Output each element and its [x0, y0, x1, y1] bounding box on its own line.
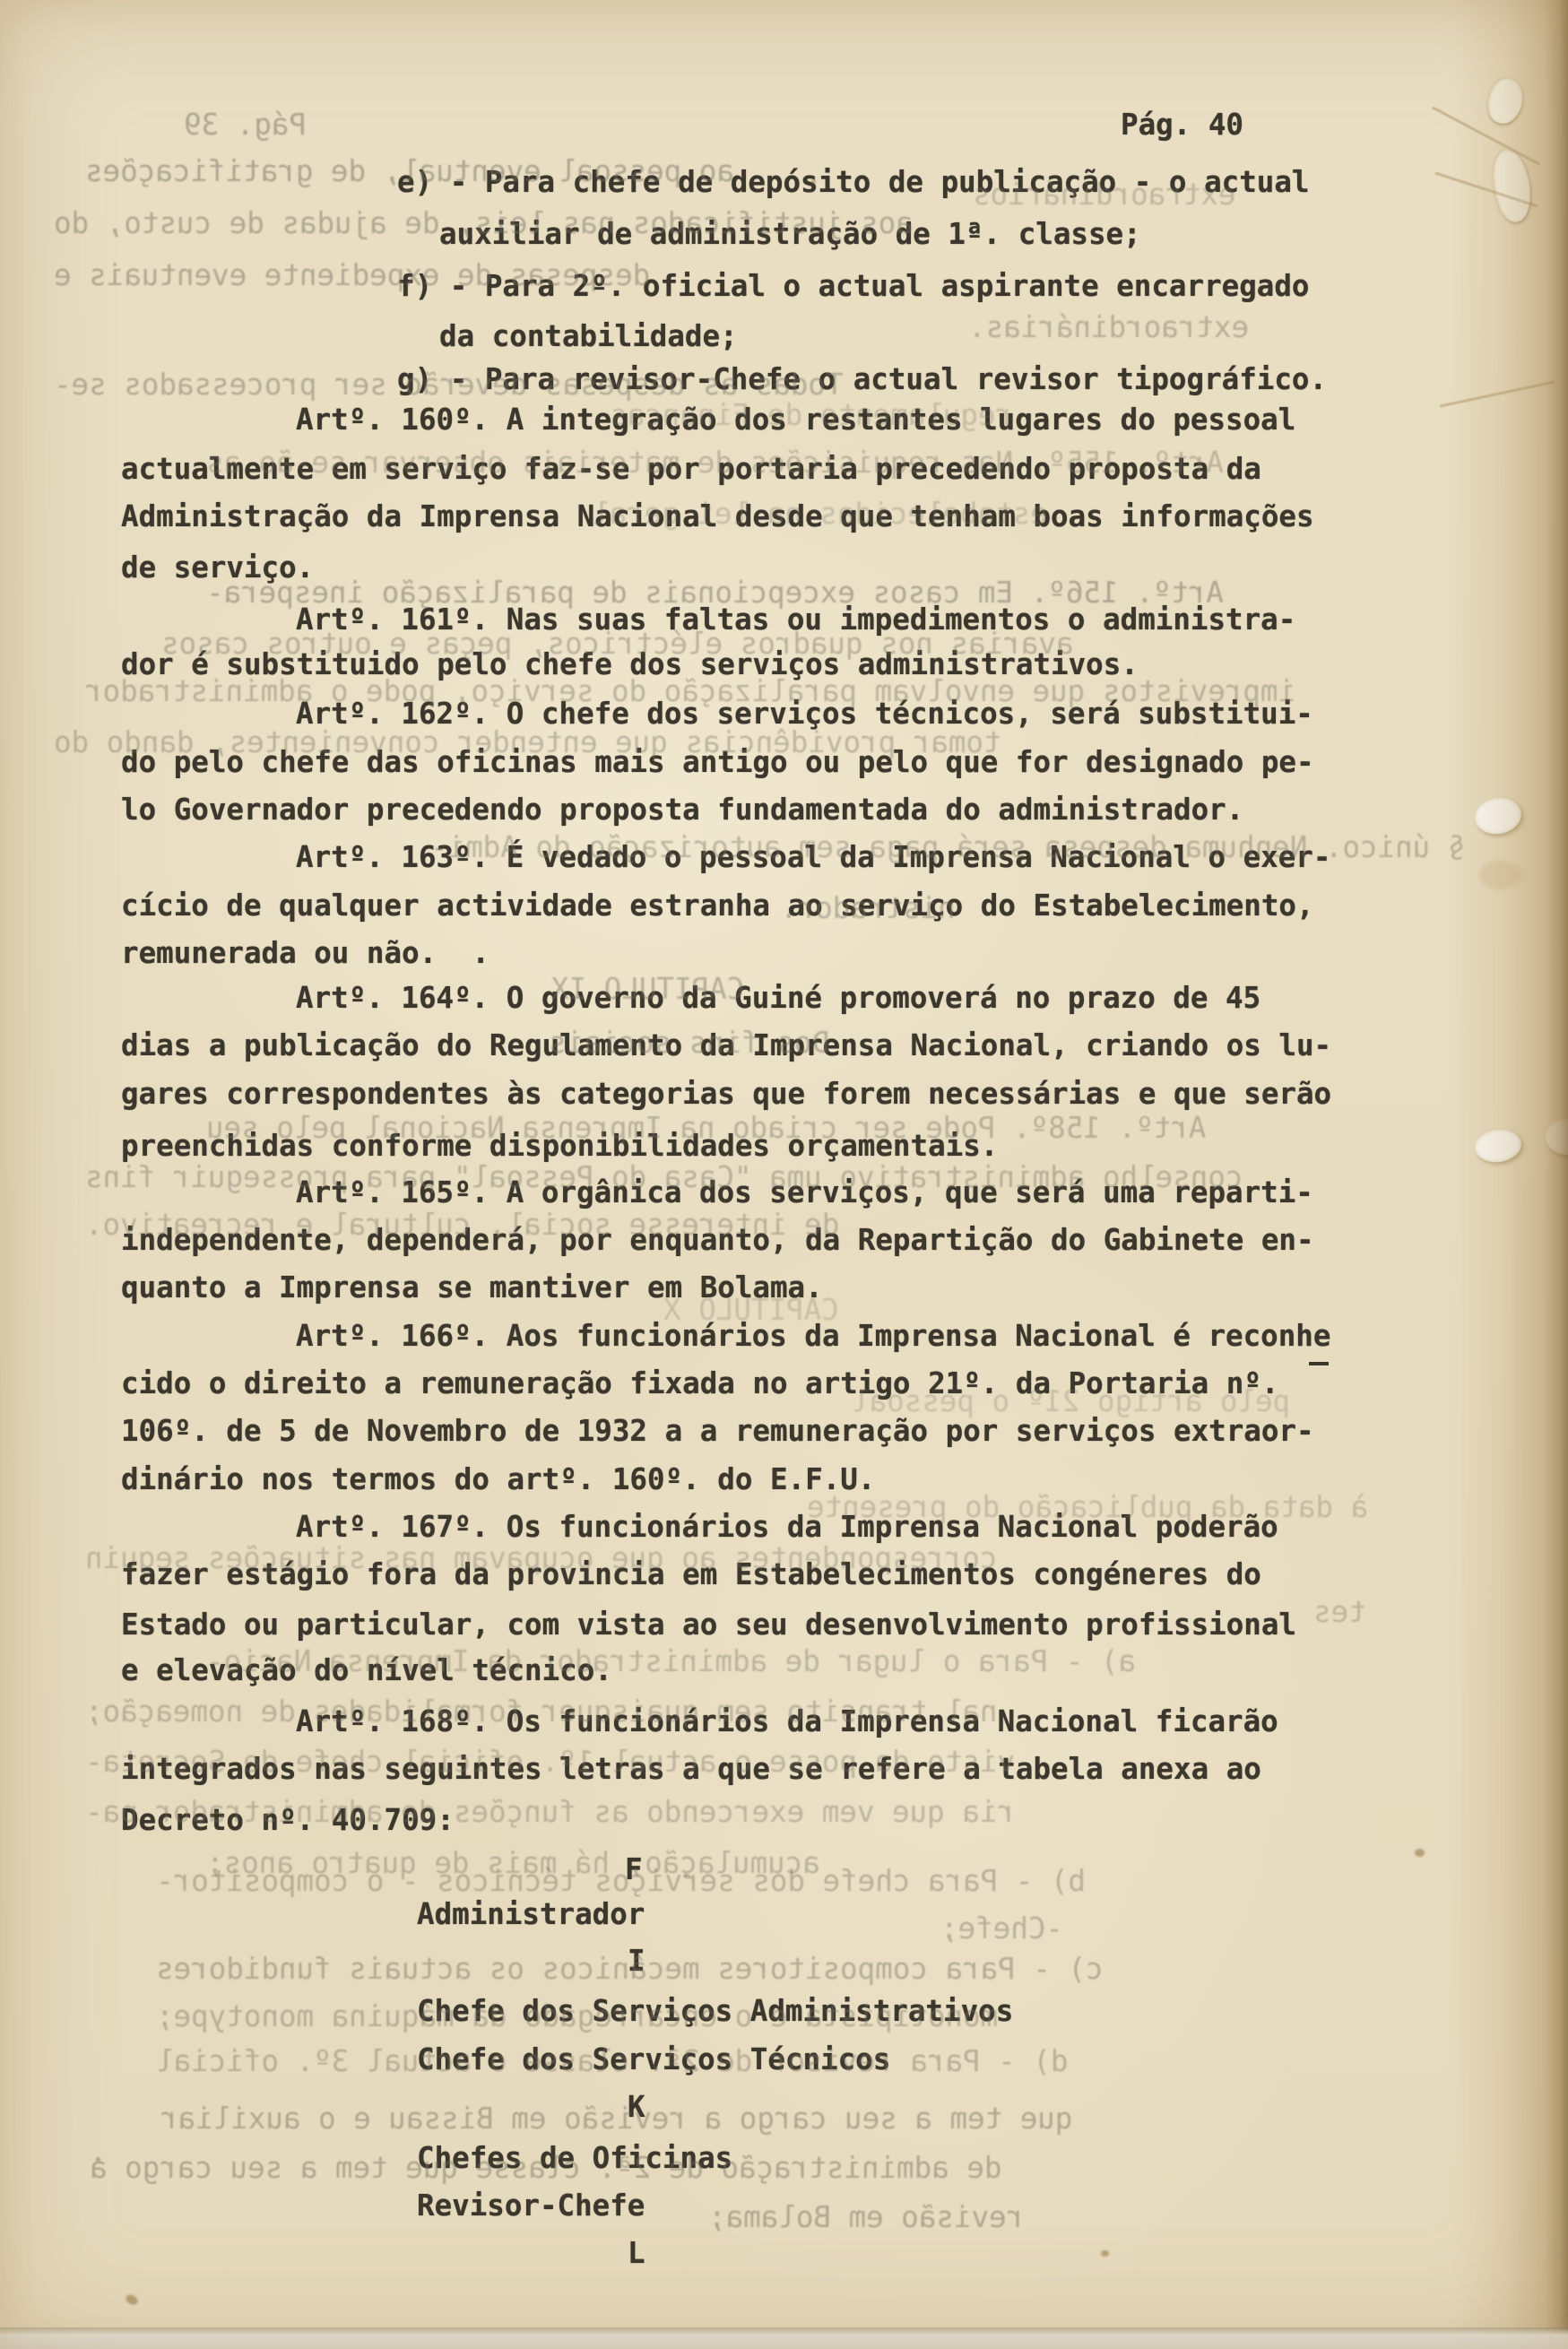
typed-line: lo Governador precedendo proposta fundam… [121, 794, 1243, 825]
ink-speck [1101, 2250, 1109, 2257]
bleedthrough-text: de interesse social, cultural e recreati… [85, 1209, 839, 1240]
bleedthrough-text: estabelecidas na lei geral [592, 498, 1048, 529]
bleedthrough-text: pelo artigo 21º o pessoal [852, 1386, 1290, 1417]
bleedthrough-text: CAPITULO IX [551, 974, 744, 1004]
bleedthrough-text: tes [1313, 1597, 1366, 1627]
bleedthrough-text: Dos fins sociais [549, 1027, 829, 1058]
bleedthrough-text: extraordinárias. [968, 312, 1249, 342]
bleedthrough-text: imprevistos que envolvam paralização do … [85, 676, 1295, 706]
bleedthrough-text: d) - Para revisor de 2ª. classe o actual… [156, 2046, 1068, 2076]
typed-line: Artº. 164º. O governo da Guiné promoverá… [296, 983, 1260, 1013]
bleedthrough-text: ria que vem exercendo as funções de admi… [85, 1797, 1015, 1827]
bleedthrough-text: extraordinários [973, 179, 1236, 210]
bleedthrough-text: Artº. 158º. Pode ser criado na Imprensa … [206, 1113, 1206, 1143]
typed-line: 106º. de 5 de Novembro de 1932 a a remun… [121, 1416, 1314, 1446]
bleedthrough-text: Todas as despesas deverão ser processado… [54, 369, 844, 400]
typed-line: Revisor-Chefe [417, 2190, 645, 2221]
bleedthrough-text: conselho administrativo uma "Casa do Pes… [85, 1162, 1243, 1192]
typed-line: Estado ou particular, com vista ao seu d… [121, 1609, 1296, 1640]
bleedthrough-text: b) - Para chefe dos serviços técnicos - … [156, 1866, 1086, 1896]
bleedthrough-text: visto da posse o actual 1º. oficial-chef… [85, 1747, 1015, 1777]
bleedthrough-text: Artº. 155º. Nas requisições de materiais… [206, 447, 1224, 478]
typed-line: da contabilidade; [439, 321, 738, 351]
bleedthrough-text: nistrador. [780, 893, 956, 923]
bleedthrough-text: Artº. 156º. Em casos excepcionais de par… [206, 577, 1224, 608]
bleedthrough-text: à data da publicação do presente [807, 1492, 1368, 1522]
typed-line: Administrador [417, 1899, 645, 1929]
bleedthrough-text: CAPITULO X [663, 1295, 839, 1325]
page-number: Pág. 40 [1121, 109, 1243, 140]
bleedthrough-text: revisão em Bolama; [708, 2202, 1024, 2232]
bleedthrough-text: avarias nos quadros eléctricos, peças e … [161, 628, 1073, 659]
ink-speck [1415, 1849, 1425, 1857]
bleedthrough-text: -Chefe; [940, 1913, 1063, 1944]
bleedthrough-text: a) - Para o lugar de administrador da Im… [206, 1646, 1136, 1677]
typed-line: cício de qualquer actividade estranha ao… [121, 890, 1314, 921]
bleedthrough-text: Pág. 39 [184, 109, 307, 140]
bleedthrough-text: aos justificados nas leis, de ajudas de … [54, 208, 914, 238]
typed-line: L [628, 2238, 645, 2268]
bleedthrough-text: que tem a seu cargo a revisão em Bissau … [160, 2103, 1072, 2134]
ink-speck [96, 2157, 100, 2162]
bleedthrough-text: despesas de expediente eventuais e [54, 260, 650, 290]
typed-line: gares correspondentes às categorias que … [121, 1079, 1331, 1109]
ink-speck [811, 179, 816, 184]
bleedthrough-text: § único. Nenhuma despesa será paga sem a… [430, 832, 1465, 862]
paper-dent [1479, 861, 1522, 889]
typed-line: remunerada ou não. . [121, 938, 489, 968]
underline-mark [1309, 1362, 1329, 1365]
bleedthrough-text: nal transito sem quaisquer formalidades … [85, 1696, 997, 1727]
bleedthrough-text: de administração de 2ª. classe que tem a… [90, 2153, 1001, 2183]
bleedthrough-text: correspondentes ao que ocupavam nas situ… [85, 1543, 997, 1573]
bleedthrough-text: ao pessoal eventual, de gratificações [85, 156, 734, 186]
typed-line: dinário nos termos do artº. 160º. do E.F… [121, 1464, 875, 1495]
bleedthrough-text: c) - Para compositores mecânicos os actu… [156, 1954, 1104, 1984]
bleedthrough-text: tomar providências que entender convenie… [54, 727, 1001, 758]
bleedthrough-text: regulamento de Finanças [610, 400, 1013, 430]
scanned-page: { "document": { "description": "Scanned … [0, 0, 1568, 2349]
bleedthrough-text: monotipista e o encarregado da máquina m… [156, 2001, 998, 2032]
